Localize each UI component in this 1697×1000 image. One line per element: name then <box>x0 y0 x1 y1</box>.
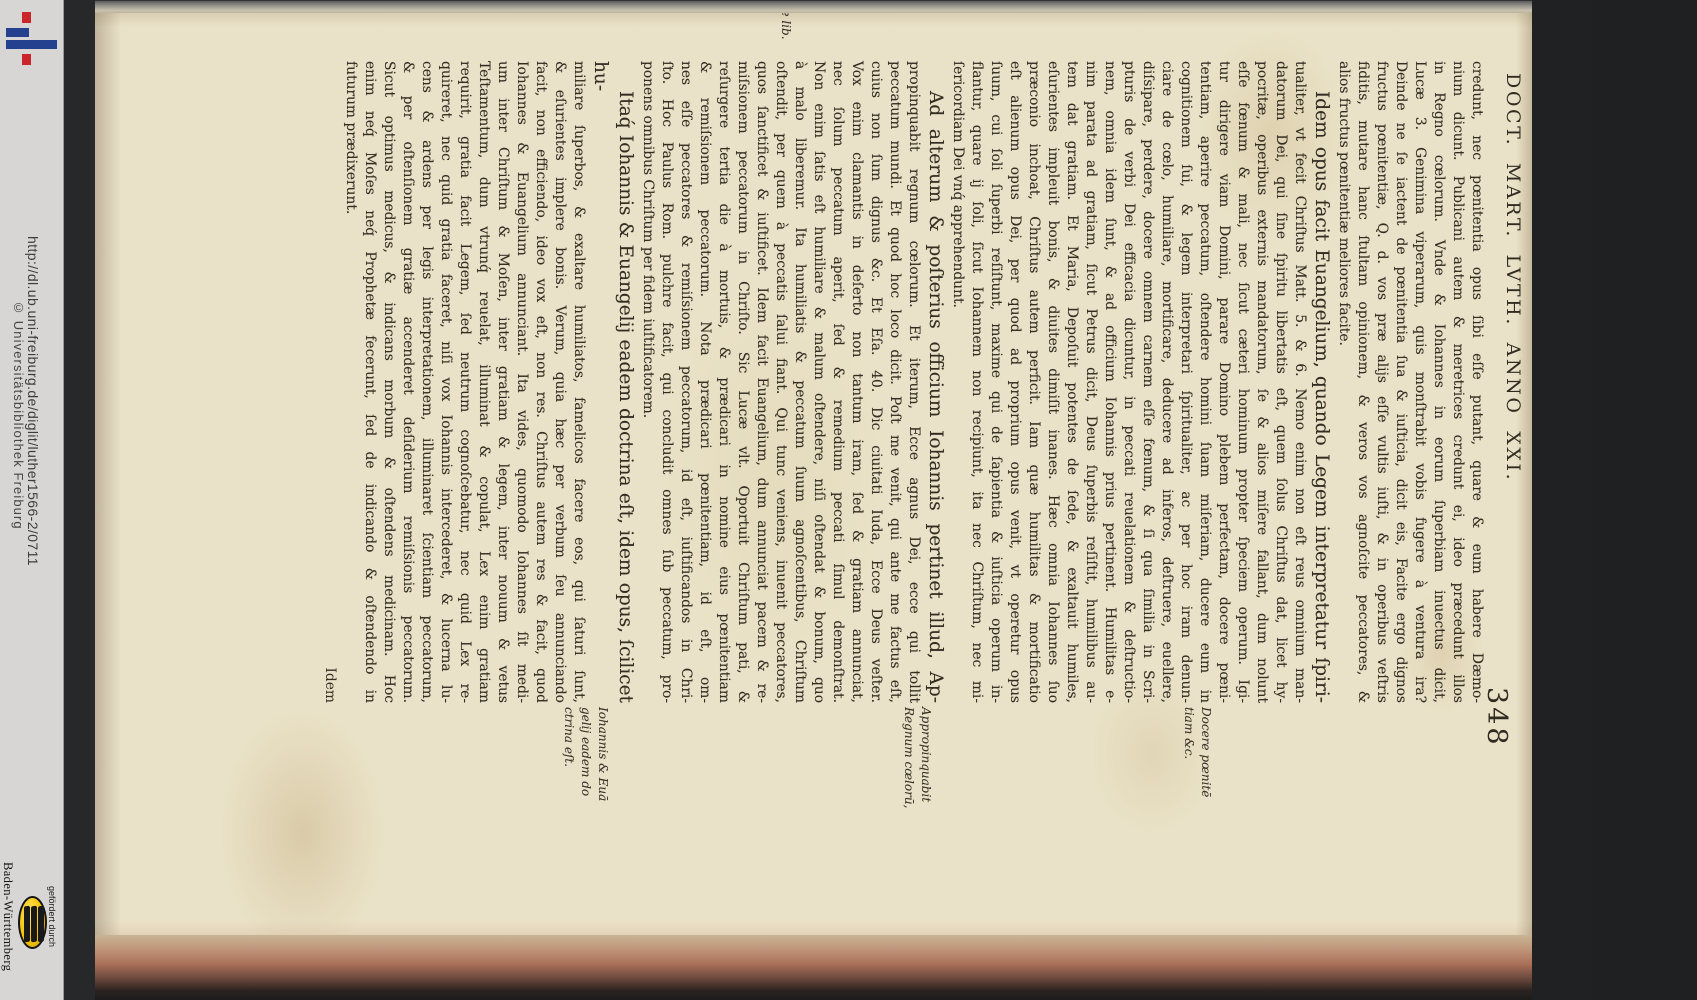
text-line: Deinde ne ſe iactent de pœnitentia ſua &… <box>1391 61 1410 703</box>
text-line: ponens omnibus Chriſtum per fidem iuſtif… <box>638 61 657 703</box>
text-line: quireret, nec quid gratia faceret, niſi … <box>436 61 455 703</box>
scan-area: DOCT. MART. LVTH. ANNO XXI. 348 credunt,… <box>95 13 1532 943</box>
viewer-background: http://dl.ub.uni-freiburg.de/diglit/luth… <box>0 0 1697 1000</box>
margin-note-iohannis: Iohannis & Euāgelij eadem doctrina eſt. <box>560 707 611 819</box>
text-line: ſericordiam Dei vnq́ apprehendunt. <box>948 61 967 703</box>
text-line: ſto. Hoc Paulus Rom. pulchre facit, qui … <box>657 61 676 703</box>
lion-glyph <box>24 906 30 943</box>
text-line: eſt alienum opus Dei, per quod ad propri… <box>1005 61 1024 703</box>
text-line: nium dicunt. Publicani autem & meretrice… <box>1448 61 1467 703</box>
logo-red-square <box>22 54 31 65</box>
copyright-notice: © Universitätsbibliothek Freiburg <box>11 300 26 530</box>
text-line: facit, non efficiendo, ideo vox eſt, non… <box>531 61 550 703</box>
text-line: enim neq́ Moſes neq́ Prophetæ fecerunt, … <box>360 61 379 703</box>
text-line: Vox enim clamantis in deſerto non tantum… <box>847 61 866 703</box>
text-line: tualiter, vt fecit Chriſtus Matt. 5. & 6… <box>1290 61 1309 703</box>
margin-note-docere: Docere pœnitētiam &c. <box>1180 707 1214 819</box>
margin-note-line: tiam &c. <box>1180 707 1197 819</box>
text-line: quos ſanctificet & iuſtificet. Idem faci… <box>752 61 771 703</box>
text-line: fructus pœnitentiæ, Q. d. vos præ alijs … <box>1372 61 1391 703</box>
text-line: miſsionem peccatorum in Chriſto. Sic Luc… <box>733 61 752 703</box>
scanned-page: DOCT. MART. LVTH. ANNO XXI. 348 credunt,… <box>95 13 1532 943</box>
lion-glyph <box>31 906 37 943</box>
margin-note-line: Docere pœnitē <box>1197 707 1214 819</box>
text-line: Sicut optimus medicus, & indicans morbum… <box>379 61 398 703</box>
text-line: nes eſſe peccatores & remiſsionem peccat… <box>676 61 695 703</box>
text-line: nec ſolum peccatum aperit, ſed & remediu… <box>828 61 847 703</box>
text-line: & eſurientes implere bonis. Verum, quia … <box>550 61 569 703</box>
text-line: in Regno cœlorum. Vnde & Iohannes in eor… <box>1429 61 1448 703</box>
margin-note-line: Regnum cœlorū, <box>900 707 917 819</box>
book-fore-edge <box>95 935 1532 1000</box>
text-line: Idem opus facit Euangelium, quando Legem… <box>1309 61 1334 703</box>
text-line: Iohannes & Euangelium annunciant. Ita vi… <box>512 61 531 703</box>
text-line: flantur, quare ij ſoli, ſicut Iohannem n… <box>967 61 986 703</box>
text-line: cognitionem ſui, & legem interpretari ſp… <box>1176 61 1195 703</box>
margin-note-line: ſe lib. <box>777 13 794 55</box>
funder-label: gefördert durch <box>47 886 57 947</box>
text-line: Lucæ 3. Genimina viperarum, quis monſtra… <box>1410 61 1429 703</box>
margin-note-line: Iohannis & Euā <box>594 707 611 819</box>
body-paragraph: Ad alterum & poſterius officium Iohannis… <box>638 61 948 703</box>
text-line: alios fructus pœnitentiæ meliores facite… <box>1334 61 1353 703</box>
text-line: nim parata ad gratiam, ſicut Petrus dici… <box>1081 61 1100 703</box>
text-line: datorum Dei, qui ſine ſpiritu libertatis… <box>1271 61 1290 703</box>
text-line: præconio inchoat, Chriſtus autem perfici… <box>1024 61 1043 703</box>
text-line: propinquabit regnum cœlorum. Et iterum, … <box>904 61 923 703</box>
text-line: futurum prædixerunt. <box>341 61 360 703</box>
logo-blue-bar-long <box>6 40 57 49</box>
lion-glyph <box>38 906 44 943</box>
text-line: cens & ardens per legis interpretationem… <box>417 61 436 703</box>
running-header: DOCT. MART. LVTH. ANNO XXI. <box>1502 73 1524 482</box>
text-line: Teſtamentum, dum vtrunq́ reuelat, illumi… <box>474 61 493 703</box>
text-line: eſurientes impleuit bonis, & diuites dim… <box>1043 61 1062 703</box>
text-line: peccatum mundi. Et quod hoc loco dicit. … <box>885 61 904 703</box>
text-line: tem dat gratiam. Et Maria, Depoſuit pote… <box>1062 61 1081 703</box>
text-line: Itaq́ Iohannis & Euangelij eadem doctrin… <box>588 61 638 703</box>
body-paragraph: Idem opus facit Euangelium, quando Legem… <box>948 61 1334 703</box>
text-line: tentiam, aperire peccatum, oſtendere hom… <box>1195 61 1214 703</box>
text-line: fiditis, mutare hanc ſtultam opinionem, … <box>1353 61 1372 703</box>
text-line: eſſe fœnum & mali, nec ſicut cæteri homi… <box>1233 61 1252 703</box>
text-line: nem, omnia idem ſunt, & ad officium Ioha… <box>1100 61 1119 703</box>
margin-note-appropinquabit: AppropinquabitRegnum cœlorū, <box>900 707 934 819</box>
text-line: ſuum, cui ſoli ſuperbi reſiſtunt, maxime… <box>986 61 1005 703</box>
text-line: & remiſsionem peccatorum. Nota prædicari… <box>695 61 714 703</box>
funder-name: Baden-Württemberg <box>0 862 15 971</box>
text-line: requirit, gratia facit Legem, ſed neutru… <box>455 61 474 703</box>
margin-note-line: gelij eadem do <box>577 707 594 819</box>
text-line: & per oſtenſionem gratiæ accenderet deſi… <box>398 61 417 703</box>
text-line: miliare ſuperbos, & exaltare humiliatos,… <box>569 61 588 703</box>
text-line: Non enim ſatis eſt humiliare & malum oſt… <box>809 61 828 703</box>
text-line: Ad alterum & poſterius officium Iohannis… <box>923 61 948 703</box>
text-line: oſtendit, per quem à peccatis ſalui fian… <box>771 61 790 703</box>
document-url: http://dl.ub.uni-freiburg.de/diglit/luth… <box>25 236 41 566</box>
text-line: credunt, nec pœnitentia opus ſibi eſſe p… <box>1467 61 1486 703</box>
body-paragraph: credunt, nec pœnitentia opus ſibi eſſe p… <box>1334 61 1486 703</box>
logo-blue-bar-short <box>6 28 29 37</box>
library-sidebar: http://dl.ub.uni-freiburg.de/diglit/luth… <box>0 0 64 1000</box>
text-line: pocritæ, operibus externis mandatorum, ſ… <box>1252 61 1271 703</box>
text-line: ciare de cœlo, humiliare, mortificare, d… <box>1157 61 1176 703</box>
text-line: reſurgere tertia die à mortuis, & prædic… <box>714 61 733 703</box>
logo-red-square <box>22 12 31 23</box>
text-line: um inter Chriſtum & Moſen, inter gratiam… <box>493 61 512 703</box>
body-text: credunt, nec pœnitentia opus ſibi eſſe p… <box>341 61 1486 703</box>
text-line: diſsipare, perdere, docere omnem carnem … <box>1138 61 1157 703</box>
baden-wuerttemberg-coat-of-arms-icon <box>18 896 47 949</box>
text-line: à malo liberemur. Ita humiliatis & pecca… <box>790 61 809 703</box>
text-line: pturis de verbi Dei efficacia dicuntur, … <box>1119 61 1138 703</box>
margin-note-left: ſe lib. <box>777 13 794 55</box>
margin-note-line: ctrina eſt. <box>560 707 577 819</box>
margin-note-line: Appropinquabit <box>917 707 934 819</box>
catchword: Idem <box>322 61 338 703</box>
text-line: tur dirigere viam Domini, parare Domino … <box>1214 61 1233 703</box>
text-line: cuius non ſum dignus &c. Et Eſa. 40. Dic… <box>866 61 885 703</box>
body-paragraph: Itaq́ Iohannis & Euangelij eadem doctrin… <box>341 61 638 703</box>
